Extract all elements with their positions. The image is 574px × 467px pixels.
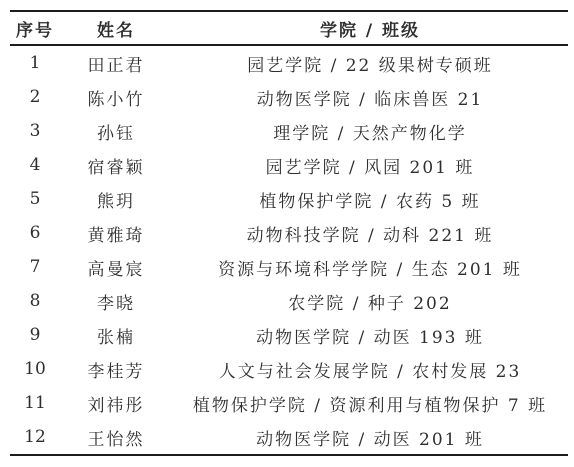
row-index-cell: 7 bbox=[10, 250, 60, 284]
college-class-cell: 植物保护学院 / 农药 5 班 bbox=[172, 182, 568, 216]
row-index-cell: 1 bbox=[10, 45, 60, 80]
table-row: 10李桂芳人文与社会发展学院 / 农村发展 23 bbox=[10, 352, 568, 386]
col-header-name: 姓名 bbox=[60, 11, 172, 45]
college-class-cell: 动物医学院 / 临床兽医 21 bbox=[172, 80, 568, 114]
table-row: 9张楠动物医学院 / 动医 193 班 bbox=[10, 318, 568, 352]
college-class-cell: 动物医学院 / 动医 193 班 bbox=[172, 318, 568, 352]
row-index-cell: 12 bbox=[10, 420, 60, 455]
student-name-cell: 高曼宸 bbox=[60, 250, 172, 284]
table-row: 3孙钰理学院 / 天然产物化学 bbox=[10, 114, 568, 148]
row-index-cell: 4 bbox=[10, 148, 60, 182]
roster-table: 序号 姓名 学院 / 班级 1田正君园艺学院 / 22 级果树专硕班2陈小竹动物… bbox=[10, 10, 568, 456]
row-index-cell: 6 bbox=[10, 216, 60, 250]
student-name-cell: 王怡然 bbox=[60, 420, 172, 455]
table-row: 2陈小竹动物医学院 / 临床兽医 21 bbox=[10, 80, 568, 114]
student-name-cell: 张楠 bbox=[60, 318, 172, 352]
table-row: 4宿睿颖园艺学院 / 风园 201 班 bbox=[10, 148, 568, 182]
student-name-cell: 孙钰 bbox=[60, 114, 172, 148]
row-index-cell: 3 bbox=[10, 114, 60, 148]
row-index-cell: 8 bbox=[10, 284, 60, 318]
student-name-cell: 田正君 bbox=[60, 45, 172, 80]
table-row: 12王怡然动物医学院 / 动医 201 班 bbox=[10, 420, 568, 455]
row-index-cell: 2 bbox=[10, 80, 60, 114]
row-index-cell: 10 bbox=[10, 352, 60, 386]
row-index-cell: 9 bbox=[10, 318, 60, 352]
table-row: 7高曼宸资源与环境科学学院 / 生态 201 班 bbox=[10, 250, 568, 284]
college-class-cell: 动物医学院 / 动医 201 班 bbox=[172, 420, 568, 455]
college-class-cell: 理学院 / 天然产物化学 bbox=[172, 114, 568, 148]
student-name-cell: 李桂芳 bbox=[60, 352, 172, 386]
college-class-cell: 动物科技学院 / 动科 221 班 bbox=[172, 216, 568, 250]
table-row: 11刘祎彤植物保护学院 / 资源利用与植物保护 7 班 bbox=[10, 386, 568, 420]
college-class-cell: 农学院 / 种子 202 bbox=[172, 284, 568, 318]
college-class-cell: 植物保护学院 / 资源利用与植物保护 7 班 bbox=[172, 386, 568, 420]
header-row: 序号 姓名 学院 / 班级 bbox=[10, 11, 568, 45]
college-class-cell: 人文与社会发展学院 / 农村发展 23 bbox=[172, 352, 568, 386]
student-name-cell: 李晓 bbox=[60, 284, 172, 318]
document-page: 序号 姓名 学院 / 班级 1田正君园艺学院 / 22 级果树专硕班2陈小竹动物… bbox=[0, 0, 574, 467]
row-index-cell: 5 bbox=[10, 182, 60, 216]
table-row: 6黄雅琦动物科技学院 / 动科 221 班 bbox=[10, 216, 568, 250]
table-row: 8李晓农学院 / 种子 202 bbox=[10, 284, 568, 318]
college-class-cell: 园艺学院 / 22 级果树专硕班 bbox=[172, 45, 568, 80]
table-row: 5熊玥植物保护学院 / 农药 5 班 bbox=[10, 182, 568, 216]
row-index-cell: 11 bbox=[10, 386, 60, 420]
student-name-cell: 宿睿颖 bbox=[60, 148, 172, 182]
student-name-cell: 陈小竹 bbox=[60, 80, 172, 114]
college-class-cell: 园艺学院 / 风园 201 班 bbox=[172, 148, 568, 182]
col-header-index: 序号 bbox=[10, 11, 60, 45]
student-name-cell: 黄雅琦 bbox=[60, 216, 172, 250]
student-name-cell: 熊玥 bbox=[60, 182, 172, 216]
student-name-cell: 刘祎彤 bbox=[60, 386, 172, 420]
col-header-college-class: 学院 / 班级 bbox=[172, 11, 568, 45]
table-row: 1田正君园艺学院 / 22 级果树专硕班 bbox=[10, 45, 568, 80]
college-class-cell: 资源与环境科学学院 / 生态 201 班 bbox=[172, 250, 568, 284]
